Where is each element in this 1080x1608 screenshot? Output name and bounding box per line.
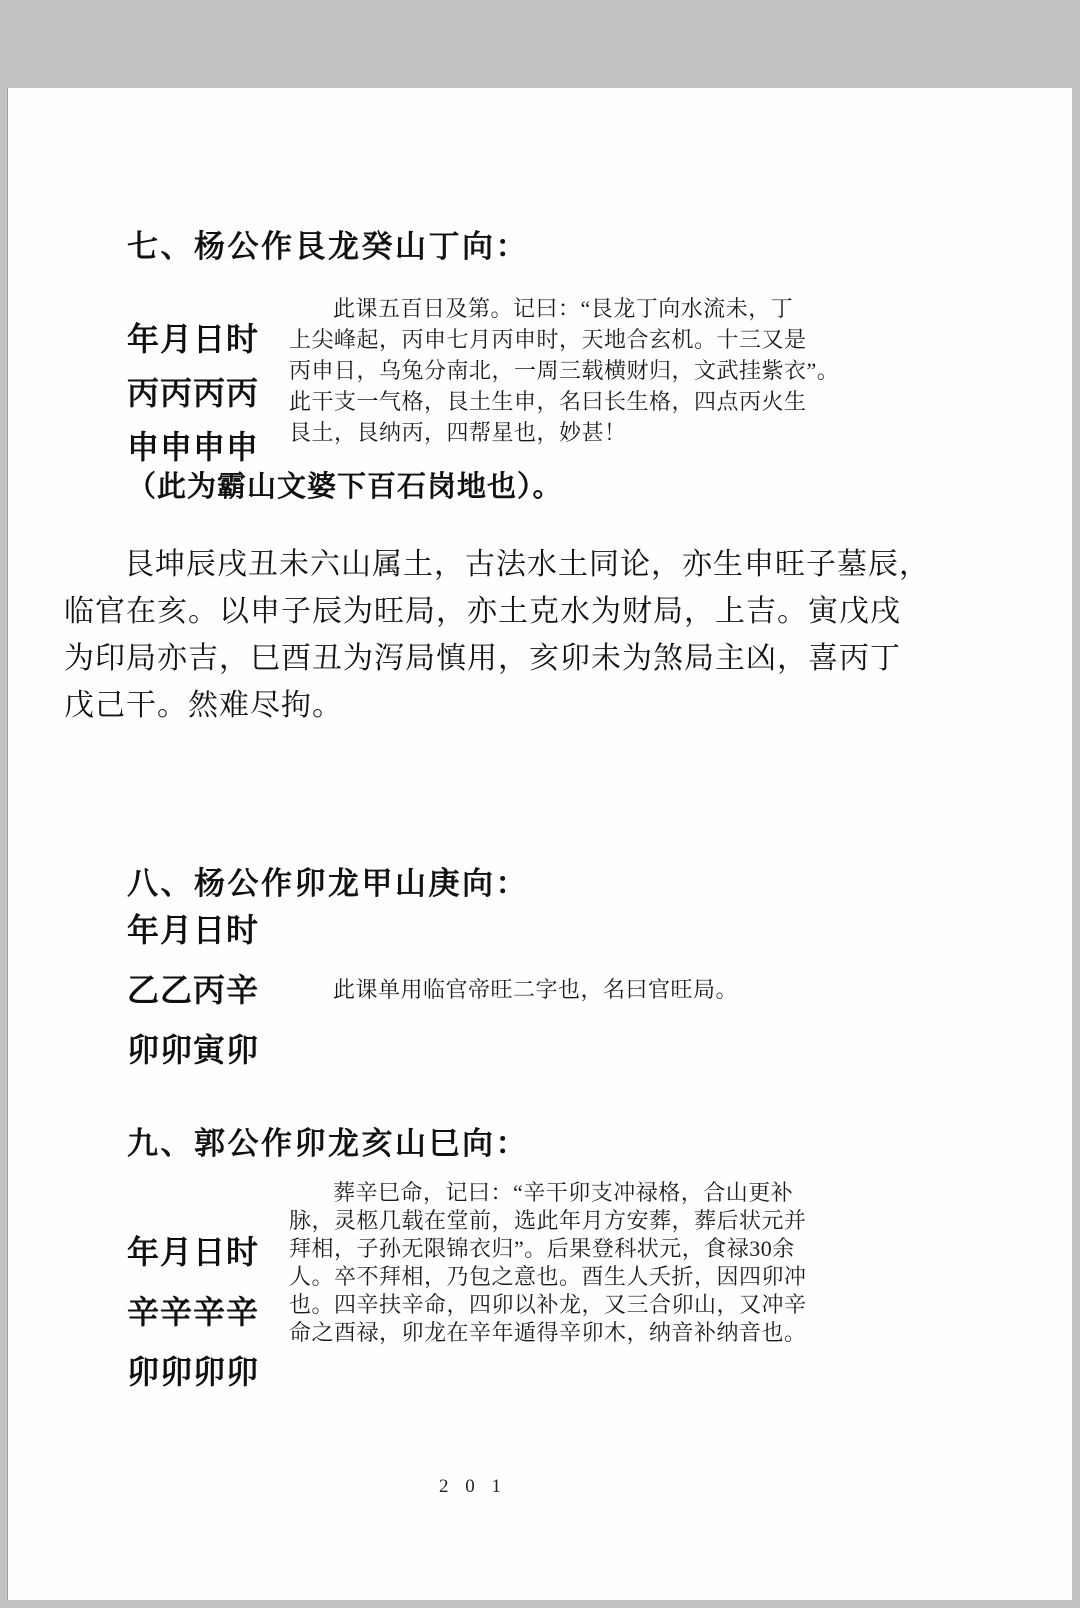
section-7-location-note: （此为霸山文婆下百石岗地也）。 <box>127 464 563 505</box>
section-9-four-pillars: 年月日时 辛辛辛辛 卯卯卯卯 <box>127 1222 259 1402</box>
pillar-stems: 乙乙丙辛 <box>127 960 259 1020</box>
pillar-header: 年月日时 <box>127 900 259 960</box>
commentary-line: 葬辛巳命，记曰：“辛干卯支冲禄格，合山更补 <box>289 1179 969 1207</box>
scanned-book-page: 七、杨公作艮龙癸山丁向： 年月日时 丙丙丙丙 申申申申 此课五百日及第。记曰：“… <box>0 0 1080 1608</box>
section-9-heading: 九、郭公作卯龙亥山巳向： <box>127 1118 529 1163</box>
section-7-four-pillars: 年月日时 丙丙丙丙 申申申申 <box>127 312 259 474</box>
commentary-line: 人。卒不拜相，乃包之意也。酉生人夭折，因四卯冲 <box>289 1263 969 1291</box>
pillar-branches: 卯卯卯卯 <box>127 1342 259 1402</box>
commentary-line: 拜相，子孙无限锦衣归”。后果登科状元，食禄30余 <box>289 1235 969 1263</box>
analysis-line: 艮坤辰戌丑未六山属土，古法水土同论，亦生申旺子墓辰， <box>64 541 959 588</box>
pillar-stems: 辛辛辛辛 <box>127 1282 259 1342</box>
analysis-line: 戊己干。然难尽拘。 <box>64 682 959 729</box>
page-number: 2 0 1 <box>439 1476 507 1498</box>
section-8-commentary: 此课单用临官帝旺二字也，名曰官旺局。 <box>333 974 738 1005</box>
commentary-line: 上尖峰起，丙申七月丙申时，天地合玄机。十三又是 <box>289 324 961 355</box>
section-7-analysis: 艮坤辰戌丑未六山属土，古法水土同论，亦生申旺子墓辰， 临官在亥。以申子辰为旺局，… <box>64 541 959 729</box>
commentary-line: 艮土，艮纳丙，四帮星也，妙甚！ <box>289 417 961 448</box>
page-sheet: 七、杨公作艮龙癸山丁向： 年月日时 丙丙丙丙 申申申申 此课五百日及第。记曰：“… <box>7 88 1072 1600</box>
pillar-header: 年月日时 <box>127 1222 259 1282</box>
commentary-line: 此课五百日及第。记曰：“艮龙丁向水流未，丁 <box>289 293 961 324</box>
analysis-line: 为印局亦吉，巳酉丑为泻局慎用，亥卯未为煞局主凶，喜丙丁 <box>64 635 959 682</box>
section-7-commentary: 此课五百日及第。记曰：“艮龙丁向水流未，丁 上尖峰起，丙申七月丙申时，天地合玄机… <box>289 293 961 448</box>
analysis-line: 临官在亥。以申子辰为旺局，亦土克水为财局，上吉。寅戊戌 <box>64 588 959 635</box>
commentary-line: 也。四辛扶辛命，四卯以补龙，又三合卯山，又冲辛 <box>289 1291 969 1319</box>
pillar-header: 年月日时 <box>127 312 259 366</box>
section-8-heading: 八、杨公作卯龙甲山庚向： <box>127 858 529 903</box>
commentary-line: 脉，灵柩几载在堂前，选此年月方安葬，葬后状元并 <box>289 1207 969 1235</box>
commentary-line: 此干支一气格，艮土生申，名曰长生格，四点丙火生 <box>289 386 961 417</box>
section-9-commentary: 葬辛巳命，记曰：“辛干卯支冲禄格，合山更补 脉，灵柩几载在堂前，选此年月方安葬，… <box>289 1179 969 1347</box>
commentary-line: 丙申日，乌兔分南北，一周三载横财归，文武挂紫衣”。 <box>289 355 961 386</box>
commentary-line: 命之酉禄，卯龙在辛年遁得辛卯木，纳音补纳音也。 <box>289 1319 969 1347</box>
section-7-heading: 七、杨公作艮龙癸山丁向： <box>127 221 529 266</box>
section-8-four-pillars: 年月日时 乙乙丙辛 卯卯寅卯 <box>127 900 259 1080</box>
pillar-branches: 卯卯寅卯 <box>127 1020 259 1080</box>
pillar-stems: 丙丙丙丙 <box>127 366 259 420</box>
